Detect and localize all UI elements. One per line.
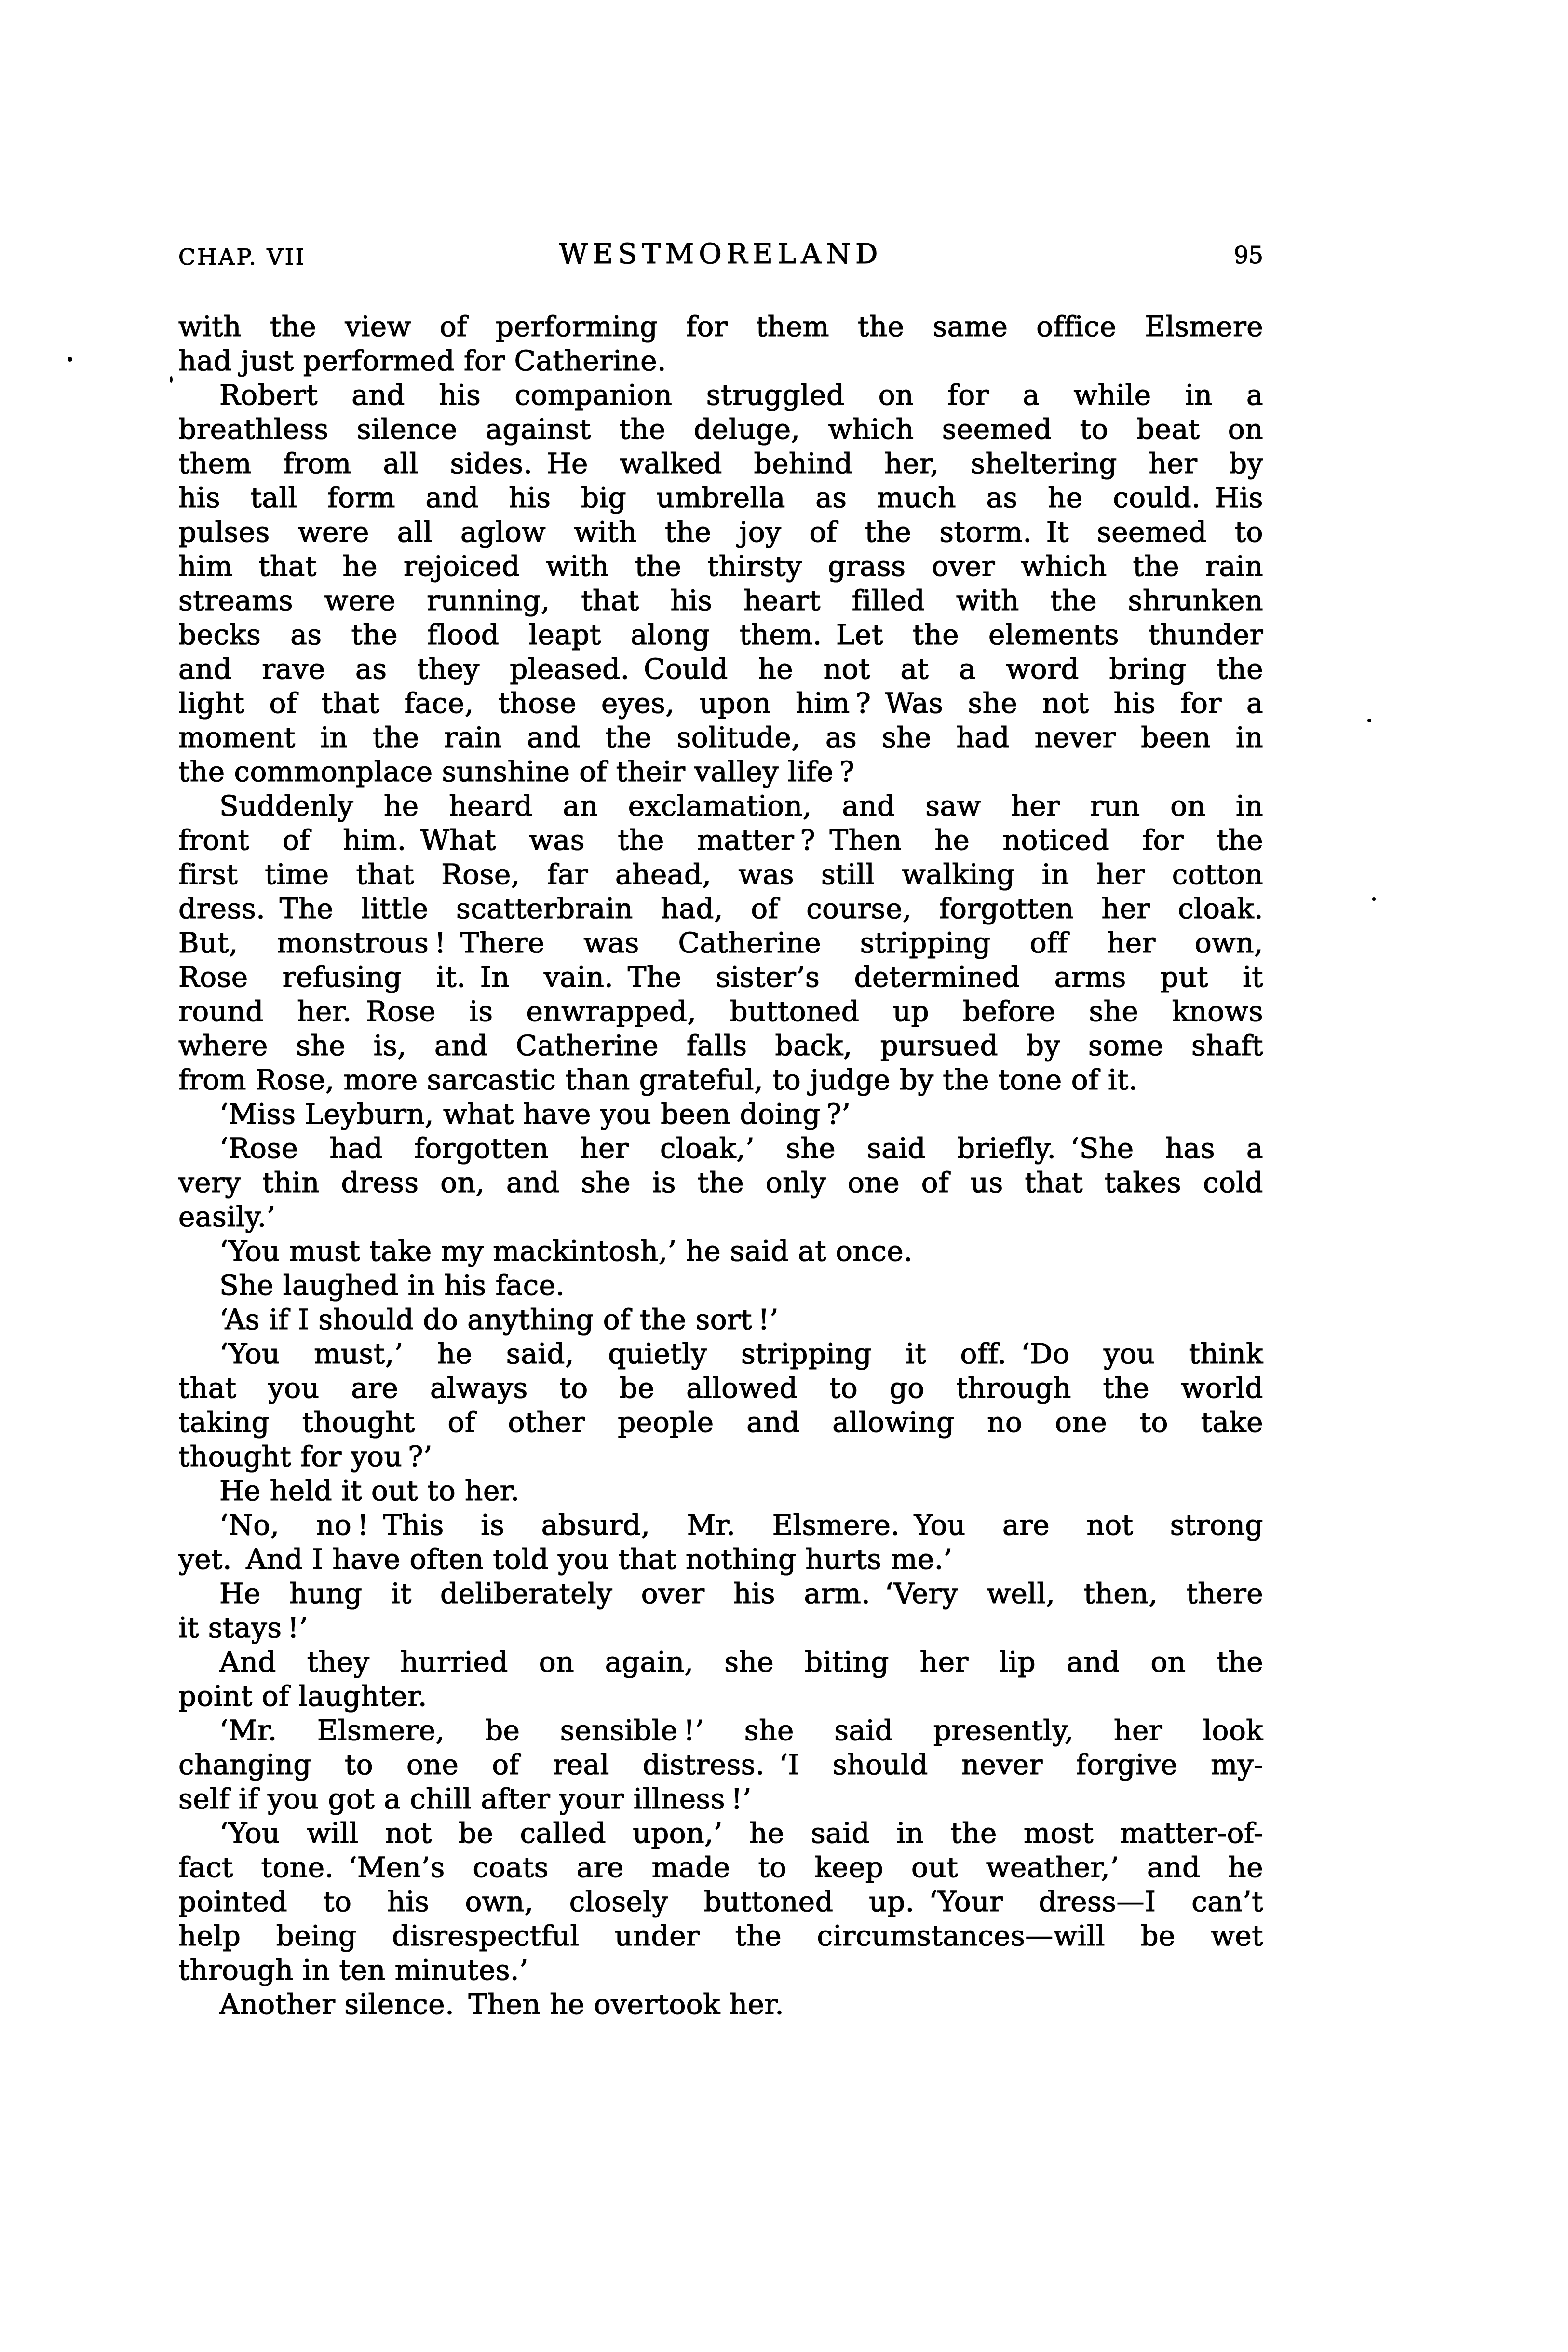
text-line: ‘You must take my mackintosh,’ he said a… xyxy=(178,1234,1263,1268)
text-line: ‘You will not be called upon,’ he said i… xyxy=(178,1816,1263,1850)
text-line: self if you got a chill after your illne… xyxy=(178,1782,1263,1816)
text-line: him that he rejoiced with the thirsty gr… xyxy=(178,549,1263,584)
text-line: where she is, and Catherine falls back, … xyxy=(178,1029,1263,1063)
text-line: help being disrespectful under the circu… xyxy=(178,1919,1263,1953)
text-line: and rave as they pleased. Could he not a… xyxy=(178,652,1263,686)
scan-speck xyxy=(1367,719,1371,722)
text-line: fact tone. ‘Men’s coats are made to keep… xyxy=(178,1850,1263,1885)
text-line: light of that face, those eyes, upon him… xyxy=(178,686,1263,721)
text-line: through in ten minutes.’ xyxy=(178,1953,1263,1987)
text-line: dress. The little scatterbrain had, of c… xyxy=(178,892,1263,926)
text-line: ‘No, no ! This is absurd, Mr. Elsmere. Y… xyxy=(178,1508,1263,1542)
text-line: with the view of performing for them the… xyxy=(178,310,1263,344)
text-line: pulses were all aglow with the joy of th… xyxy=(178,515,1263,549)
text-line: ‘As if I should do anything of the sort … xyxy=(178,1303,1263,1337)
running-title: WESTMORELAND xyxy=(178,237,1263,270)
text-line: ‘Mr. Elsmere, be sensible !’ she said pr… xyxy=(178,1713,1263,1748)
text-line: round her. Rose is enwrapped, buttoned u… xyxy=(178,994,1263,1029)
text-line: Another silence. Then he overtook her. xyxy=(178,1987,1263,2022)
page-body: with the view of performing for them the… xyxy=(178,310,1263,2022)
text-line: And they hurried on again, she biting he… xyxy=(178,1645,1263,1679)
text-line: front of him. What was the matter ? Then… xyxy=(178,823,1263,857)
text-line: He hung it deliberately over his arm. ‘V… xyxy=(178,1577,1263,1611)
text-line: streams were running, that his heart fil… xyxy=(178,584,1263,618)
page-header: CHAP. VII WESTMORELAND 95 xyxy=(178,237,1263,276)
text-line: the commonplace sunshine of their valley… xyxy=(178,755,1263,789)
text-line: first time that Rose, far ahead, was sti… xyxy=(178,857,1263,892)
text-line: taking thought of other people and allow… xyxy=(178,1405,1263,1440)
text-line: Robert and his companion struggled on fo… xyxy=(178,378,1263,412)
text-line: becks as the flood leapt along them. Let… xyxy=(178,618,1263,652)
text-line: But, monstrous ! There was Catherine str… xyxy=(178,926,1263,960)
text-line: yet. And I have often told you that noth… xyxy=(178,1542,1263,1577)
text-line: She laughed in his face. xyxy=(178,1268,1263,1303)
text-line: He held it out to her. xyxy=(178,1474,1263,1508)
text-line: that you are always to be allowed to go … xyxy=(178,1371,1263,1405)
text-line: it stays !’ xyxy=(178,1611,1263,1645)
scan-speck xyxy=(1372,897,1376,901)
text-line: changing to one of real distress. ‘I sho… xyxy=(178,1748,1263,1782)
text-line: pointed to his own, closely buttoned up.… xyxy=(178,1885,1263,1919)
text-line: from Rose, more sarcastic than grateful,… xyxy=(178,1063,1263,1097)
text-line: Rose refusing it. In vain. The sister’s … xyxy=(178,960,1263,994)
book-page: CHAP. VII WESTMORELAND 95 with the view … xyxy=(0,0,1568,2352)
scan-speck xyxy=(170,376,173,383)
text-line: easily.’ xyxy=(178,1200,1263,1234)
text-line: ‘Miss Leyburn, what have you been doing … xyxy=(178,1097,1263,1131)
text-line: Suddenly he heard an exclamation, and sa… xyxy=(178,789,1263,823)
text-line: his tall form and his big umbrella as mu… xyxy=(178,481,1263,515)
text-line: ‘You must,’ he said, quietly stripping i… xyxy=(178,1337,1263,1371)
scan-speck xyxy=(68,357,72,362)
text-line: them from all sides. He walked behind he… xyxy=(178,447,1263,481)
text-line: point of laughter. xyxy=(178,1679,1263,1713)
text-line: very thin dress on, and she is the only … xyxy=(178,1166,1263,1200)
text-line: breathless silence against the deluge, w… xyxy=(178,412,1263,447)
text-line: ‘Rose had forgotten her cloak,’ she said… xyxy=(178,1131,1263,1166)
text-line: moment in the rain and the solitude, as … xyxy=(178,721,1263,755)
text-line: thought for you ?’ xyxy=(178,1440,1263,1474)
page-number: 95 xyxy=(1234,242,1263,269)
text-line: had just performed for Catherine. xyxy=(178,344,1263,378)
